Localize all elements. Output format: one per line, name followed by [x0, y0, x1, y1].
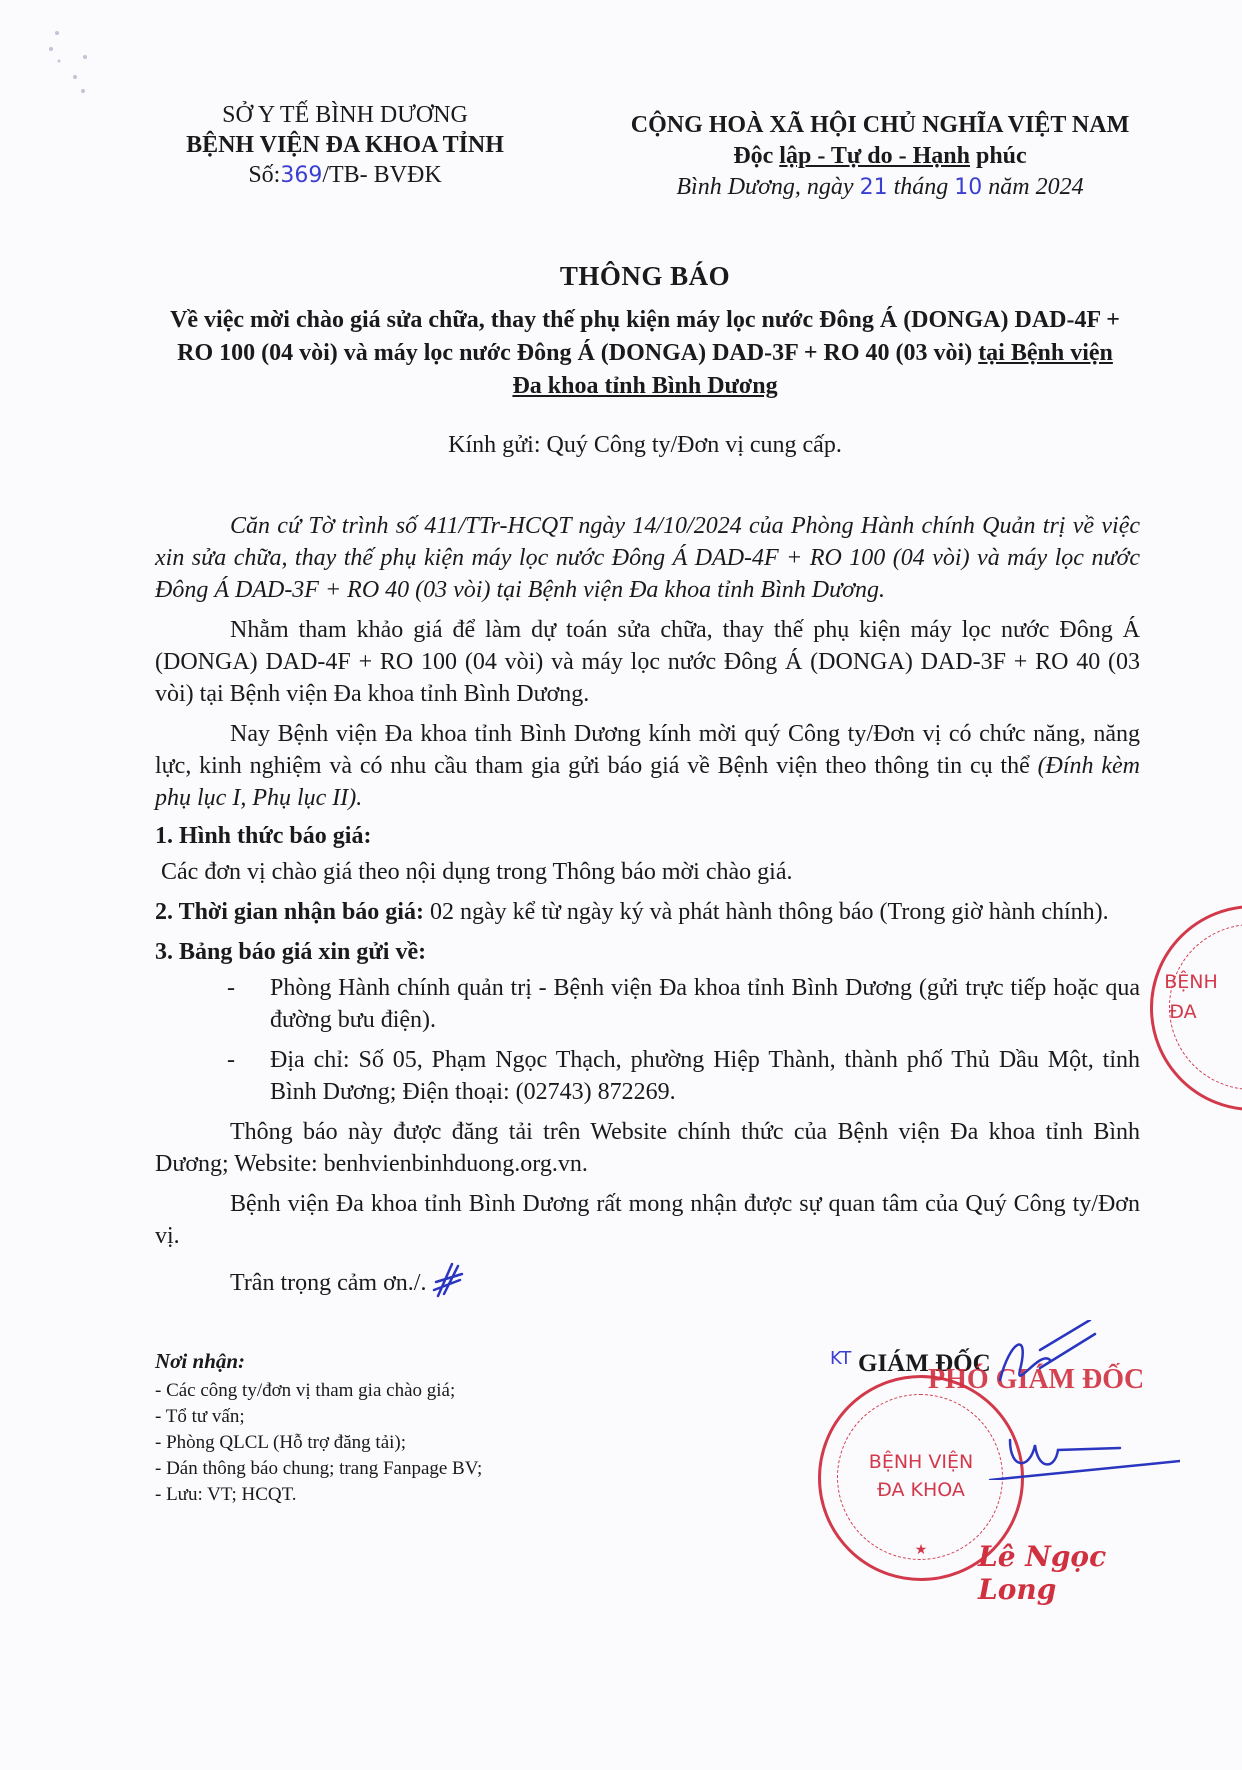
section-3-item: -Địa chỉ: Số 05, Phạm Ngọc Thạch, phường…	[155, 1044, 1140, 1108]
section-3-item: -Phòng Hành chính quản trị - Bệnh viện Đ…	[155, 972, 1140, 1036]
bullet-dash: -	[227, 972, 235, 1004]
organization-name: BỆNH VIỆN ĐA KHOA TỈNH	[150, 130, 540, 160]
number-handwritten: 369	[280, 163, 322, 188]
recipient-item: - Phòng QLCL (Hỗ trợ đăng tải);	[155, 1430, 715, 1456]
section-1-text: Các đơn vị chào giá theo nội dụng trong …	[155, 856, 1140, 888]
invite-text: Nay Bệnh viện Đa khoa tỉnh Bình Dương kí…	[155, 721, 1140, 779]
paragraph-website: Thông báo này được đăng tải trên Website…	[155, 1116, 1140, 1180]
document-title: THÔNG BÁO	[150, 258, 1140, 294]
motto-part: phúc	[970, 143, 1027, 169]
document-body: Căn cứ Tờ trình số 411/TTr-HCQT ngày 14/…	[155, 510, 1140, 1308]
section-3-item-text: Phòng Hành chính quản trị - Bệnh viện Đa…	[270, 975, 1140, 1033]
issuing-authority-block: SỞ Y TẾ BÌNH DƯƠNG BỆNH VIỆN ĐA KHOA TỈN…	[150, 100, 540, 191]
section-2-text: 02 ngày kể từ ngày ký và phát hành thông…	[424, 899, 1109, 925]
scan-artifact-icon	[45, 25, 105, 95]
paragraph-basis: Căn cứ Tờ trình số 411/TTr-HCQT ngày 14/…	[155, 510, 1140, 606]
initials-mark-icon	[432, 1260, 468, 1300]
edge-seal: BỆNH ĐA	[1150, 905, 1242, 1111]
paragraph-purpose: Nhằm tham khảo giá để làm dự toán sửa ch…	[155, 614, 1140, 710]
document-number: Số:369/TB- BVĐK	[150, 160, 540, 191]
recipient-item: - Các công ty/đơn vị tham gia chào giá;	[155, 1378, 715, 1404]
section-2-heading: 2. Thời gian nhận báo giá:	[155, 899, 424, 925]
date-month: 10	[954, 175, 982, 200]
edge-seal-line-2: ĐA	[1083, 1000, 1242, 1024]
date-mid: tháng	[888, 174, 955, 200]
recipients-label: Nơi nhận:	[155, 1348, 715, 1374]
nation-name: CỘNG HOÀ XÃ HỘI CHỦ NGHĨA VIỆT NAM	[560, 110, 1200, 141]
addressee: Kính gửi: Quý Công ty/Đơn vị cung cấp.	[150, 432, 1140, 459]
section-2: 2. Thời gian nhận báo giá: 02 ngày kể từ…	[155, 896, 1140, 928]
date-day: 21	[860, 175, 888, 200]
date-suffix: năm 2024	[982, 174, 1083, 200]
section-3-item-text: Địa chỉ: Số 05, Phạm Ngọc Thạch, phường …	[270, 1047, 1140, 1105]
title-block: THÔNG BÁO Về việc mời chào giá sửa chữa,…	[150, 258, 1140, 403]
motto-underlined: lập - Tự do - Hạnh	[779, 143, 970, 169]
number-prefix: Số:	[248, 162, 280, 188]
issue-date: Bình Dương, ngày 21 tháng 10 năm 2024	[560, 172, 1200, 203]
department-name: SỞ Y TẾ BÌNH DƯƠNG	[150, 100, 540, 130]
paragraph-hope: Bệnh viện Đa khoa tỉnh Bình Dương rất mo…	[155, 1188, 1140, 1252]
national-motto: Độc lập - Tự do - Hạnh phúc	[560, 141, 1200, 172]
closing-line: Trân trọng cảm ơn./.	[155, 1260, 1140, 1300]
paragraph-invite: Nay Bệnh viện Đa khoa tỉnh Bình Dương kí…	[155, 718, 1140, 814]
signature-icon	[980, 1320, 1180, 1480]
closing-text: Trân trọng cảm ơn./.	[230, 1270, 426, 1296]
section-1-heading: 1. Hình thức báo giá:	[155, 820, 1140, 852]
number-suffix: /TB- BVĐK	[322, 162, 441, 188]
signer-name: Lê Ngọc Long	[978, 1540, 1190, 1606]
section-3-heading: 3. Bảng báo giá xin gửi về:	[155, 936, 1140, 968]
motto-part: Độc	[733, 143, 779, 169]
document-subject: Về việc mời chào giá sửa chữa, thay thế …	[150, 304, 1140, 403]
bullet-dash: -	[227, 1044, 235, 1076]
recipient-item: - Dán thông báo chung; trang Fanpage BV;	[155, 1456, 715, 1482]
recipients-block: Nơi nhận: - Các công ty/đơn vị tham gia …	[155, 1348, 715, 1508]
recipient-item: - Tổ tư vấn;	[155, 1404, 715, 1430]
recipient-item: - Lưu: VT; HCQT.	[155, 1482, 715, 1508]
seal-inner-ring	[837, 1394, 1003, 1560]
date-prefix: Bình Dương, ngày	[676, 174, 859, 200]
national-heading-block: CỘNG HOÀ XÃ HỘI CHỦ NGHĨA VIỆT NAM Độc l…	[560, 110, 1200, 203]
kt-handwritten-mark: KT	[830, 1348, 851, 1369]
seal-line-2: ĐA KHOA	[821, 1478, 1021, 1502]
edge-seal-line-1: BỆNH	[1091, 970, 1242, 994]
